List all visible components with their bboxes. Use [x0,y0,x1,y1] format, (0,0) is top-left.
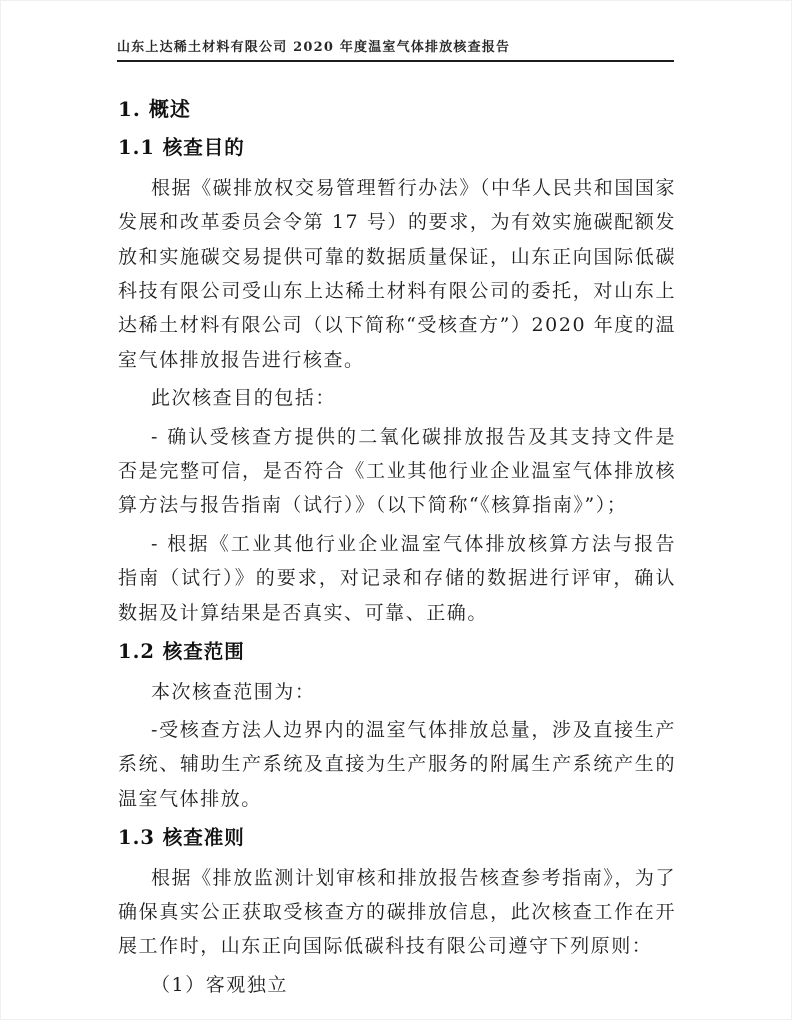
section-heading-scope: 1.2 核查范围 [118,635,676,669]
document-page: 山东上达稀土材料有限公司 2020 年度温室气体排放核查报告 1. 概述 1.1… [0,0,792,1020]
section-heading-overview: 1. 概述 [118,92,676,126]
section-heading-criteria: 1.3 核查准则 [118,821,676,855]
paragraph-criteria-intro: 根据《排放监测计划审核和排放报告核查参考指南》，为了确保真实公正获取受核查方的碳… [118,861,676,964]
paragraph-scope-item: -受核查方法人边界内的温室气体排放总量，涉及直接生产系统、辅助生产系统及直接为生… [118,713,676,816]
paragraph-purpose-item-1: - 确认受核查方提供的二氧化碳排放报告及其支持文件是否是完整可信，是否符合《工业… [118,420,676,523]
document-body: 1. 概述 1.1 核查目的 根据《碳排放权交易管理暂行办法》（中华人民共和国国… [118,84,676,1006]
page-header: 山东上达稀土材料有限公司 2020 年度温室气体排放核查报告 [117,36,674,62]
paragraph-purpose-item-2: - 根据《工业其他行业企业温室气体排放核算方法与报告指南（试行）》的要求，对记录… [118,527,676,630]
paragraph-criteria-principle-1: （1）客观独立 [118,968,676,1002]
paragraph-scope-intro: 本次核查范围为： [118,675,676,709]
paragraph-purpose-includes: 此次核查目的包括： [118,381,676,415]
section-heading-purpose: 1.1 核查目的 [118,131,676,165]
paragraph-purpose-intro: 根据《碳排放权交易管理暂行办法》（中华人民共和国国家发展和改革委员会令第 17 … [118,171,676,377]
header-title: 山东上达稀土材料有限公司 2020 年度温室气体排放核查报告 [117,36,674,55]
